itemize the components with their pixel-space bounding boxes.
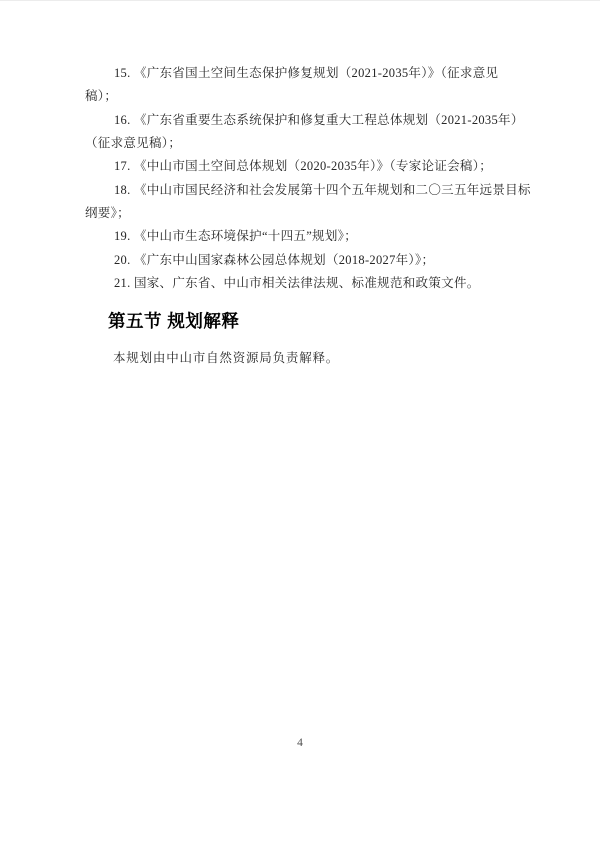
section-paragraph: 本规划由中山市自然资源局负责解释。 <box>85 347 525 370</box>
list-item-line: 18. 《中山市国民经济和社会发展第十四个五年规划和二〇三五年远景目标 <box>85 179 525 202</box>
list-item-line: 16. 《广东省重要生态系统保护和修复重大工程总体规划（2021-2035年） <box>85 109 525 132</box>
list-item-16: 16. 《广东省重要生态系统保护和修复重大工程总体规划（2021-2035年） … <box>85 109 525 156</box>
list-item-20: 20. 《广东中山国家森林公园总体规划（2018-2027年）》； <box>85 249 525 272</box>
list-item-line: 15. 《广东省国土空间生态保护修复规划（2021-2035年）》（征求意见 <box>85 62 525 85</box>
list-item-line: 20. 《广东中山国家森林公园总体规划（2018-2027年）》； <box>85 249 525 272</box>
page-number: 4 <box>0 737 600 749</box>
list-item-line: （征求意见稿）； <box>85 132 525 155</box>
list-item-21: 21. 国家、广东省、中山市相关法律法规、标准规范和政策文件。 <box>85 272 525 295</box>
list-item-line: 纲要》； <box>85 202 525 225</box>
document-page: 15. 《广东省国土空间生态保护修复规划（2021-2035年）》（征求意见 稿… <box>0 0 600 848</box>
section-heading: 第五节 规划解释 <box>108 309 239 334</box>
list-item-line: 19. 《中山市生态环境保护“十四五”规划》； <box>85 225 525 248</box>
list-item-18: 18. 《中山市国民经济和社会发展第十四个五年规划和二〇三五年远景目标 纲要》； <box>85 179 525 226</box>
reference-list: 15. 《广东省国土空间生态保护修复规划（2021-2035年）》（征求意见 稿… <box>85 62 525 295</box>
list-item-line: 21. 国家、广东省、中山市相关法律法规、标准规范和政策文件。 <box>85 272 525 295</box>
list-item-line: 稿）； <box>85 85 525 108</box>
list-item-17: 17. 《中山市国土空间总体规划（2020-2035年）》（专家论证会稿）； <box>85 155 525 178</box>
list-item-line: 17. 《中山市国土空间总体规划（2020-2035年）》（专家论证会稿）； <box>85 155 525 178</box>
list-item-15: 15. 《广东省国土空间生态保护修复规划（2021-2035年）》（征求意见 稿… <box>85 62 525 109</box>
list-item-19: 19. 《中山市生态环境保护“十四五”规划》； <box>85 225 525 248</box>
